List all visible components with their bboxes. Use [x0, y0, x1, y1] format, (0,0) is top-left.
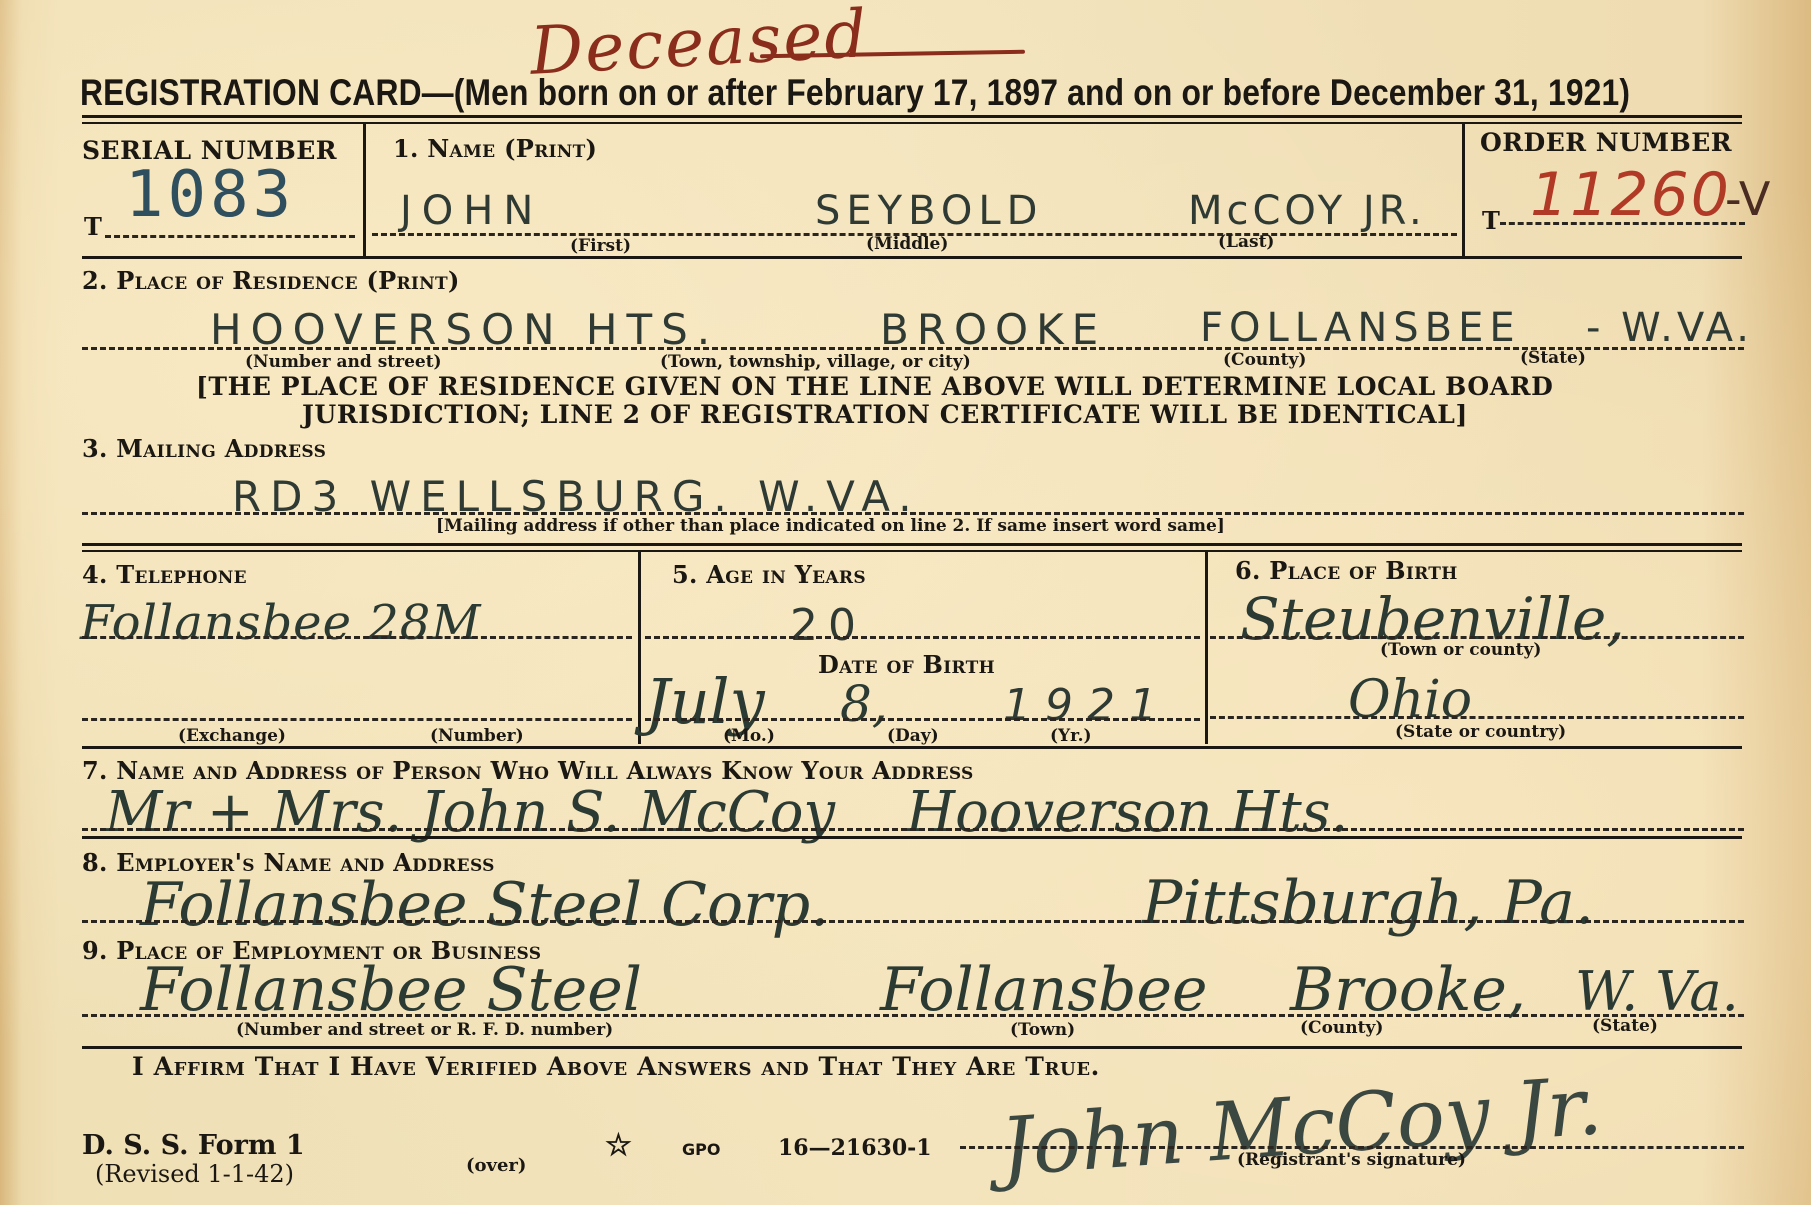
dob-day: 8,: [840, 675, 888, 733]
telephone-number-line: [82, 718, 632, 721]
order-line: [1500, 222, 1745, 225]
divider-age-birthplace: [1205, 552, 1208, 744]
telephone-line: [82, 636, 632, 639]
form-number: D. S. S. Form 1: [82, 1130, 305, 1161]
divider-phone-age: [638, 552, 641, 744]
form-revised: (Revised 1-1-42): [95, 1160, 294, 1188]
divider-name-order: [1462, 124, 1465, 259]
residence-county: FOLLANSBEE: [1200, 305, 1521, 351]
row3-rule-bottom: [82, 550, 1742, 552]
residence-label: 2. Place of Residence (Print): [82, 266, 460, 295]
age-line: [645, 636, 1200, 639]
age-value: 20: [790, 600, 866, 651]
name-label: 1. Name (Print): [393, 134, 597, 163]
name-last: McCOY JR.: [1188, 188, 1426, 234]
divider-serial-name: [363, 124, 366, 259]
employment-town-caption: (Town): [1010, 1020, 1075, 1040]
mailing-label: 3. Mailing Address: [82, 434, 326, 463]
over-note: (over): [466, 1155, 526, 1176]
employer-name: Follansbee Steel Corp.: [140, 870, 829, 940]
contact-line: [82, 828, 1744, 831]
serial-line: [105, 235, 355, 238]
residence-line: [82, 347, 1744, 350]
telephone-number-caption: (Number): [430, 726, 524, 746]
row9-bottom-rule: [82, 1046, 1742, 1049]
print-code: 16—21630-1: [778, 1135, 932, 1161]
gpo-mark: GPO: [682, 1140, 720, 1159]
serial-prefix: T: [84, 212, 102, 241]
name-first: JOHN: [400, 188, 543, 234]
employer-line: [82, 920, 1744, 923]
residence-town-caption: (Town, township, village, or city): [660, 352, 971, 372]
residence-notice-line2: JURISDICTION; LINE 2 OF REGISTRATION CER…: [302, 400, 1468, 429]
residence-notice-line1: [THE PLACE OF RESIDENCE GIVEN ON THE LIN…: [196, 372, 1553, 401]
order-number-value: 11260: [1530, 160, 1731, 230]
birthplace-town-line: [1210, 636, 1744, 639]
telephone-value: Follansbee 28M: [80, 595, 481, 651]
employment-state-caption: (State): [1592, 1016, 1658, 1036]
mailing-line: [82, 512, 1744, 515]
employment-line: [82, 1014, 1744, 1017]
row1-bottom-rule: [82, 256, 1742, 259]
mailing-caption: [Mailing address if other than place ind…: [436, 516, 1225, 536]
order-check-mark: -V: [1725, 172, 1770, 226]
birthplace-state-caption: (State or country): [1395, 722, 1566, 742]
title-rule-top: [82, 115, 1742, 118]
birthplace-town-caption: (Town or county): [1380, 640, 1541, 660]
residence-state: - W.VA.: [1586, 305, 1753, 351]
age-label: 5. Age in Years: [672, 560, 866, 589]
birthplace-state: Ohio: [1348, 670, 1472, 730]
star-icon: ☆: [605, 1128, 632, 1163]
employment-street-caption: (Number and street or R. F. D. number): [236, 1020, 613, 1040]
birthplace-state-line: [1210, 716, 1744, 719]
order-number-label: ORDER NUMBER: [1480, 128, 1732, 157]
employer-city: Pittsburgh, Pa.: [1142, 868, 1594, 938]
order-prefix: T: [1482, 206, 1500, 235]
employment-county-caption: (County): [1300, 1018, 1383, 1038]
name-middle: SEYBOLD: [815, 188, 1043, 234]
residence-street-caption: (Number and street): [245, 352, 442, 372]
name-middle-caption: (Middle): [866, 234, 948, 254]
name-first-caption: (First): [570, 236, 631, 256]
birthplace-label: 6. Place of Birth: [1235, 556, 1458, 585]
dob-year: 1921: [1003, 680, 1171, 731]
card-title: REGISTRATION CARD—(Men born on or after …: [80, 72, 1630, 114]
dob-day-caption: (Day): [887, 726, 939, 746]
name-last-caption: (Last): [1218, 232, 1274, 252]
row3-rule-top: [82, 543, 1742, 546]
telephone-exchange-caption: (Exchange): [178, 726, 286, 746]
residence-county-caption: (County): [1223, 350, 1306, 370]
dob-year-caption: (Yr.): [1050, 726, 1092, 746]
affirmation-text: I Affirm That I Have Verified Above Answ…: [132, 1052, 1100, 1081]
telephone-label: 4. Telephone: [82, 560, 247, 589]
signature-caption: (Registrant's signature): [1237, 1150, 1466, 1170]
serial-number-value: 1083: [125, 158, 295, 232]
row4-bottom-rule: [82, 746, 1742, 749]
signature-line: [960, 1146, 1744, 1149]
dob-month-caption: (Mo.): [723, 726, 775, 746]
row7-bottom-rule: [82, 836, 1742, 839]
dob-line: [645, 718, 1200, 721]
registration-card: Deceased REGISTRATION CARD—(Men born on …: [0, 0, 1811, 1205]
title-rule-bottom: [82, 122, 1742, 124]
residence-state-caption: (State): [1520, 348, 1586, 368]
